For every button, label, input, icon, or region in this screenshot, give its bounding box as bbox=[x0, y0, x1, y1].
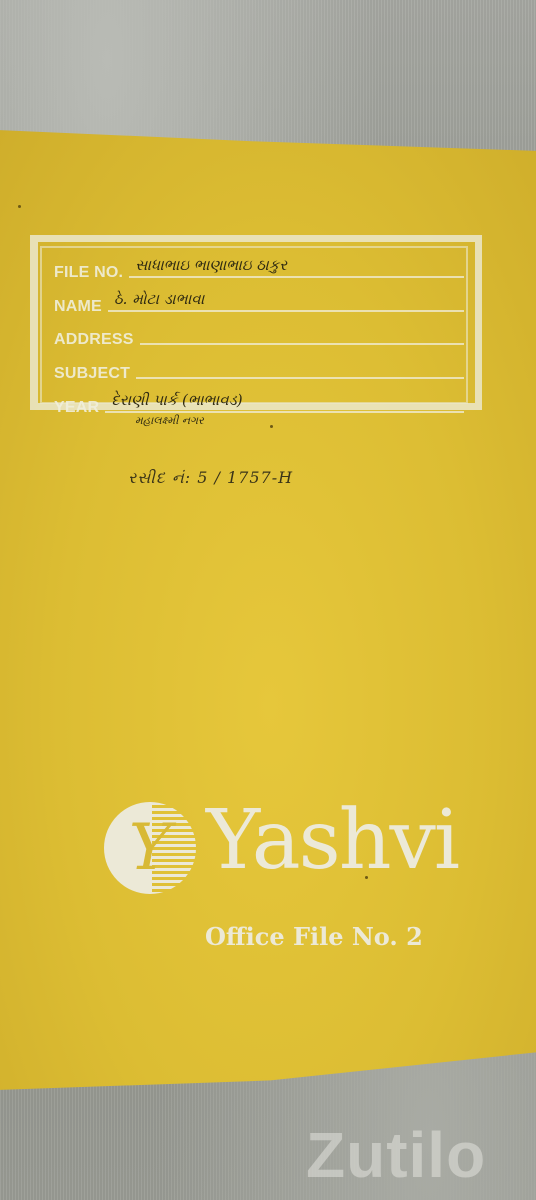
field-line: સાધાભાઇ ભાણાભાઇ ઠાકુર bbox=[129, 256, 464, 278]
field-line bbox=[136, 357, 464, 379]
field-address: ADDRESS bbox=[54, 325, 464, 349]
field-year: YEAR દેરાણી પાર્ક (ભાભાવડ) bbox=[54, 393, 464, 417]
handwritten-receipt-number: રસીદ નં: 5 / 1757-H bbox=[128, 468, 293, 488]
field-label: YEAR bbox=[54, 399, 99, 417]
brand-name: Yashvi bbox=[206, 800, 458, 882]
field-label: NAME bbox=[54, 298, 102, 316]
handwritten-value: દેરાણી પાર્ક (ભાભાવડ) bbox=[111, 391, 242, 409]
field-file-no: FILE NO. સાધાભાઇ ભાણાભાઇ ઠાકુર bbox=[54, 258, 464, 282]
stain-dot bbox=[270, 425, 273, 428]
field-label: ADDRESS bbox=[54, 331, 134, 349]
field-line bbox=[140, 323, 464, 345]
watermark: Zutilo bbox=[306, 1118, 486, 1192]
handwritten-value: સાધાભાઇ ભાણાભાઇ ઠાકુર bbox=[135, 256, 287, 274]
field-name: NAME ઠે. મોટા ડાભાવા bbox=[54, 292, 464, 316]
brand-logo-icon: Y bbox=[104, 802, 196, 894]
field-label: SUBJECT bbox=[54, 365, 130, 383]
field-line: દેરાણી પાર્ક (ભાભાવડ) bbox=[105, 391, 464, 413]
handwritten-value: ઠે. મોટા ડાભાવા bbox=[114, 290, 204, 308]
handwritten-sub-note: મહાલક્ષ્મી નગર bbox=[135, 414, 204, 428]
field-line: ઠે. મોટા ડાભાવા bbox=[108, 290, 464, 312]
logo-letter: Y bbox=[104, 802, 196, 894]
stain-dot bbox=[365, 876, 368, 879]
field-label: FILE NO. bbox=[54, 264, 123, 282]
product-name: Office File No. 2 bbox=[205, 922, 423, 951]
field-subject: SUBJECT bbox=[54, 359, 464, 383]
stain-dot bbox=[18, 205, 21, 208]
